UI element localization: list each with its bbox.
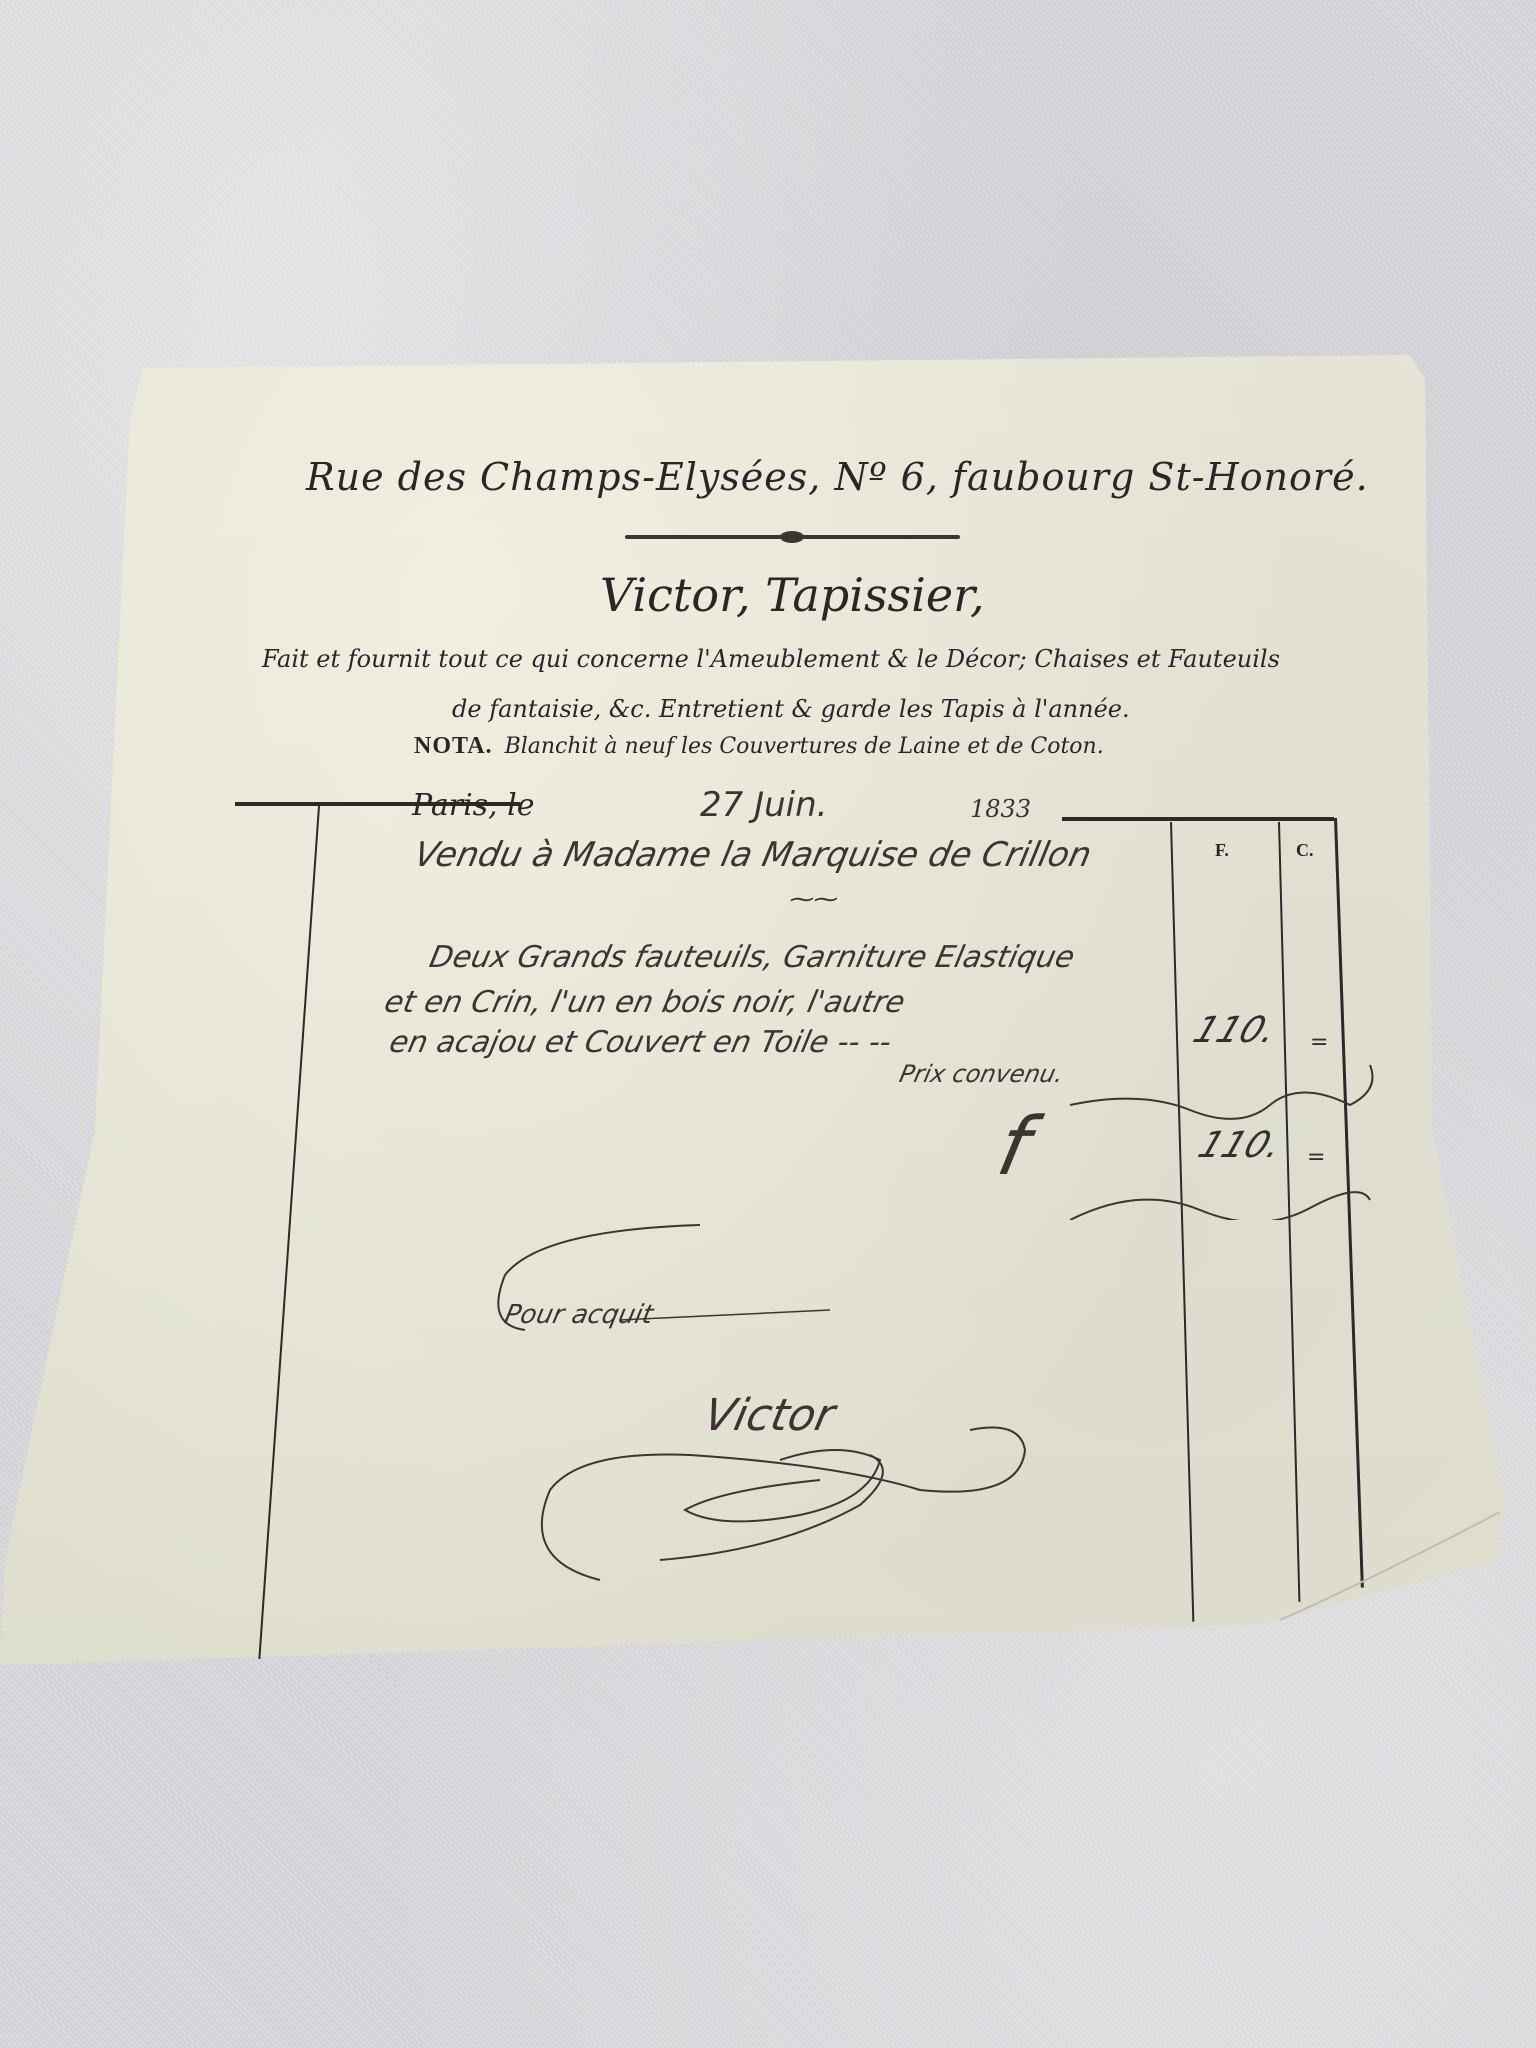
ornamental-rule (625, 535, 960, 539)
signature-paraph (540, 1410, 1040, 1590)
date-year: 1833 (970, 795, 1031, 823)
item-line-1: Deux Grands fauteuils, Garniture Elastiq… (426, 940, 1077, 975)
nota-label: NOTA. (414, 733, 493, 759)
francs-header: F. (1215, 840, 1229, 861)
letterhead-description-2: de fantaisie, &c. Entretient & garde les… (452, 695, 1130, 723)
paper-tear-lines (1280, 1500, 1510, 1630)
item-line-2: et en Crin, l'un en bois noir, l'autre (381, 985, 908, 1020)
item-line-3: en acajou et Couvert en Toile -- -- (386, 1025, 894, 1060)
sold-to-line: Vendu à Madame la Marquise de Crillon (411, 835, 1095, 875)
letterhead-name: Victor, Tapissier, (600, 568, 985, 622)
total-francs-amount: 110. (1193, 1125, 1288, 1166)
letterhead-description-1: Fait et fournit tout ce qui concerne l'A… (262, 645, 1280, 673)
total-centimes-amount: = (1307, 1145, 1325, 1170)
date-rule-right (1062, 817, 1334, 821)
date-prefix: Paris, le (412, 788, 534, 823)
letterhead-nota: NOTA.Blanchit à neuf les Couvertures de … (414, 733, 1104, 760)
pour-acquit: Pour acquit (502, 1300, 656, 1330)
date-day-month: 27 Juin. (700, 785, 827, 825)
centimes-header: C. (1296, 840, 1314, 861)
document-photo: Rue des Champs-Elysées, Nº 6, faubourg S… (0, 0, 1536, 2048)
flourish-dash: ⁓⁓ (787, 885, 841, 913)
letterhead-address: Rue des Champs-Elysées, Nº 6, faubourg S… (306, 455, 1369, 499)
invoice-sheet (0, 0, 1536, 2048)
price-note: Prix convenu. (897, 1060, 1066, 1088)
item-centimes-amount: = (1310, 1030, 1328, 1055)
item-francs-amount: 110. (1188, 1010, 1283, 1051)
nota-text: Blanchit à neuf les Couvertures de Laine… (505, 734, 1104, 759)
